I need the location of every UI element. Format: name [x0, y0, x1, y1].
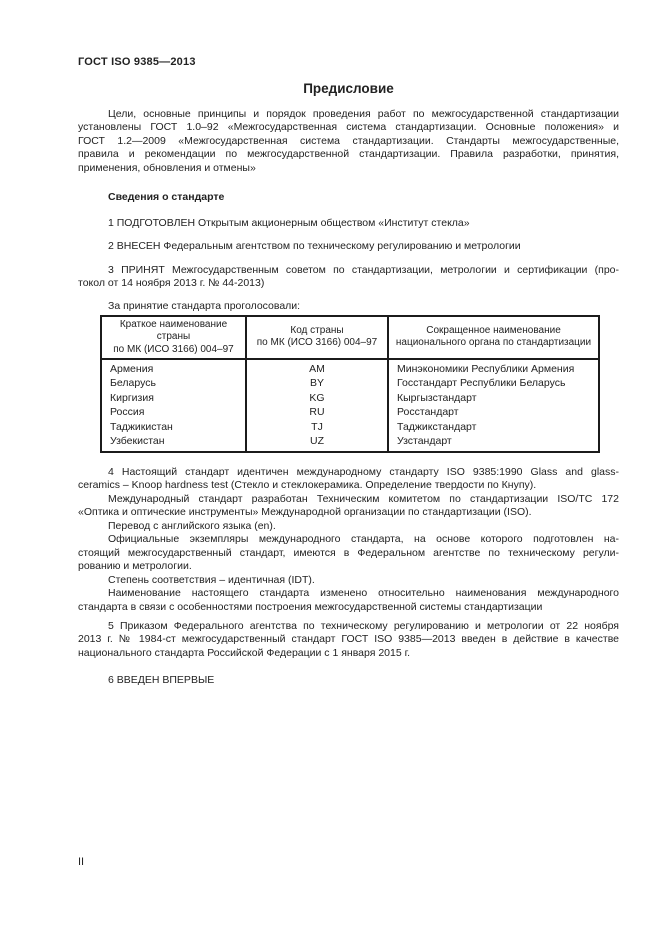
cell-country: Узбекистан [101, 434, 246, 452]
text-line: «Оптика и оптические инструменты» Междун… [78, 506, 619, 519]
table-row: Беларусь BY Госстандарт Республики Белар… [101, 376, 599, 391]
text-line: Цели, основные принципы и порядок провед… [78, 108, 619, 121]
table-row: Россия RU Росстандарт [101, 405, 599, 420]
text-line: стоящий межгосударственный стандарт, име… [78, 547, 619, 560]
table-row: Узбекистан UZ Узстандарт [101, 434, 599, 452]
text-line: стандарта в связи с особенностями постро… [78, 601, 619, 614]
info-item-3: 3 ПРИНЯТ Межгосударственным советом по с… [78, 264, 619, 291]
text-line: 1 ПОДГОТОВЛЕН Открытым акционерным общес… [78, 217, 619, 230]
text-line: правила и рекомендации по межгосударстве… [78, 148, 619, 161]
page-content: ГОСТ ISO 9385—2013 Предисловие Цели, осн… [78, 56, 619, 688]
table-row: Таджикистан TJ Таджикстандарт [101, 420, 599, 435]
info-item-2: 2 ВНЕСЕН Федеральным агентством по техни… [78, 240, 619, 253]
table-header-row: Краткое наименование страны по МК (ИСО 3… [101, 316, 599, 359]
cell-org: Госстандарт Республики Беларусь [388, 376, 599, 391]
section-4: 4 Настоящий стандарт идентичен междунаро… [78, 466, 619, 614]
voting-intro: За принятие стандарта проголосовали: [78, 300, 619, 313]
cell-org: Росстандарт [388, 405, 599, 420]
cell-org: Минэкономики Республики Армения [388, 359, 599, 377]
text-line: За принятие стандарта проголосовали: [78, 300, 619, 313]
text-line: ceramics – Knoop hardness test (Стекло и… [78, 479, 619, 492]
table-header-code: Код страны по МК (ИСО 3166) 004–97 [246, 316, 388, 359]
text-line: установлены ГОСТ 1.0–92 «Межгосударствен… [78, 121, 619, 134]
text-line: Перевод с английского языка (en). [78, 520, 619, 533]
page-title: Предисловие [78, 81, 619, 97]
intro-paragraph: Цели, основные принципы и порядок провед… [78, 108, 619, 175]
document-page: ГОСТ ISO 9385—2013 Предисловие Цели, осн… [0, 0, 661, 936]
cell-country: Беларусь [101, 376, 246, 391]
text-line: национального стандарта Российской Федер… [78, 647, 619, 660]
cell-country: Россия [101, 405, 246, 420]
text-line: 2 ВНЕСЕН Федеральным агентством по техни… [78, 240, 619, 253]
info-item-1: 1 ПОДГОТОВЛЕН Открытым акционерным общес… [78, 217, 619, 230]
text-line: 3 ПРИНЯТ Межгосударственным советом по с… [78, 264, 619, 277]
text-line: Наименование настоящего стандарта измене… [78, 587, 619, 600]
doc-code: ГОСТ ISO 9385—2013 [78, 56, 619, 69]
cell-code: RU [246, 405, 388, 420]
cell-code: AM [246, 359, 388, 377]
text-line: применения, обновления и отмены» [78, 162, 619, 175]
cell-org: Кыргызстандарт [388, 391, 599, 406]
text-line: 5 Приказом Федерального агентства по тех… [78, 620, 619, 633]
text-line: ГОСТ 1.2—2009 «Межгосударственная систем… [78, 135, 619, 148]
section-5: 5 Приказом Федерального агентства по тех… [78, 620, 619, 660]
cell-org: Узстандарт [388, 434, 599, 452]
text-line: токол от 14 ноября 2013 г. № 44-2013) [78, 277, 619, 290]
voting-table-header: Краткое наименование страны по МК (ИСО 3… [101, 316, 599, 359]
table-row: Армения AM Минэкономики Республики Армен… [101, 359, 599, 377]
cell-code: BY [246, 376, 388, 391]
text-line: 4 Настоящий стандарт идентичен междунаро… [78, 466, 619, 479]
cell-country: Киргизия [101, 391, 246, 406]
text-line: рованию и метрологии. [78, 560, 619, 573]
cell-code: KG [246, 391, 388, 406]
standard-info-heading: Сведения о стандарте [78, 191, 619, 204]
table-row: Киргизия KG Кыргызстандарт [101, 391, 599, 406]
table-header-org: Сокращенное наименование национального о… [388, 316, 599, 359]
voting-table: Краткое наименование страны по МК (ИСО 3… [100, 315, 600, 453]
text-line: Международный стандарт разработан Технич… [78, 493, 619, 506]
cell-country: Таджикистан [101, 420, 246, 435]
text-line: Официальные экземпляры международного ст… [78, 533, 619, 546]
cell-code: UZ [246, 434, 388, 452]
text-line: Степень соответствия – идентичная (IDT). [78, 574, 619, 587]
page-number: II [78, 856, 84, 869]
cell-country: Армения [101, 359, 246, 377]
cell-code: TJ [246, 420, 388, 435]
text-line: 2013 г. № 1984-ст межгосударственный ста… [78, 633, 619, 646]
table-header-country: Краткое наименование страны по МК (ИСО 3… [101, 316, 246, 359]
text-line: 6 ВВЕДЕН ВПЕРВЫЕ [78, 674, 619, 687]
voting-table-body: Армения AM Минэкономики Республики Армен… [101, 359, 599, 452]
cell-org: Таджикстандарт [388, 420, 599, 435]
section-6: 6 ВВЕДЕН ВПЕРВЫЕ [78, 674, 619, 687]
